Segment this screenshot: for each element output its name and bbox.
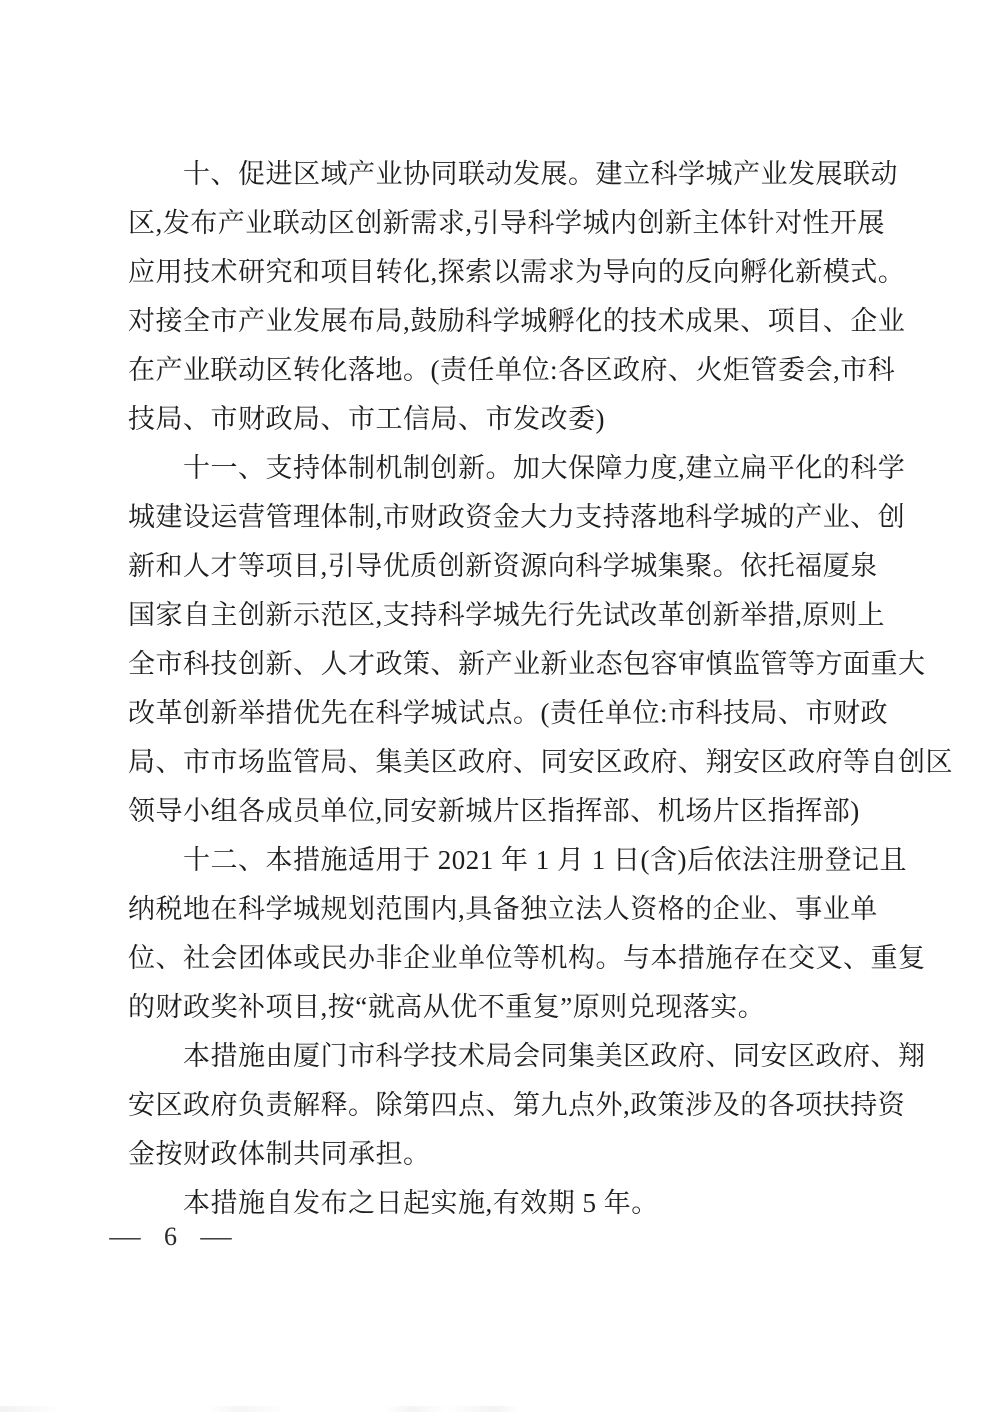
paragraph-item-10: 十、促进区域产业协同联动发展。建立科学城产业发展联动区,发布产业联动区创新需求,… [128, 150, 877, 444]
text-line: 改革创新举措优先在科学城试点。(责任单位:市科技局、市财政 [128, 689, 877, 738]
document-page: 十、促进区域产业协同联动发展。建立科学城产业发展联动区,发布产业联动区创新需求,… [0, 0, 999, 1412]
text-line: 本措施自发布之日起实施,有效期 5 年。 [128, 1179, 877, 1228]
text-line: 全市科技创新、人才政策、新产业新业态包容审慎监管等方面重大 [128, 640, 877, 689]
page-number: — 6 — [112, 1222, 229, 1252]
text-line: 国家自主创新示范区,支持科学城先行先试改革创新举措,原则上 [128, 591, 877, 640]
text-line: 局、市市场监管局、集美区政府、同安区政府、翔安区政府等自创区 [128, 738, 877, 787]
text-line: 十一、支持体制机制创新。加大保障力度,建立扁平化的科学 [128, 444, 877, 493]
text-line: 安区政府负责解释。除第四点、第九点外,政策涉及的各项扶持资 [128, 1081, 877, 1130]
paragraph-item-11: 十一、支持体制机制创新。加大保障力度,建立扁平化的科学城建设运营管理体制,市财政… [128, 444, 877, 836]
text-line: 十二、本措施适用于 2021 年 1 月 1 日(含)后依法注册登记且 [128, 836, 877, 885]
paragraph-interpretation: 本措施由厦门市科学技术局会同集美区政府、同安区政府、翔安区政府负责解释。除第四点… [128, 1032, 877, 1179]
page-number-value: 6 [164, 1222, 177, 1252]
text-line: 新和人才等项目,引导优质创新资源向科学城集聚。依托福厦泉 [128, 542, 877, 591]
text-line: 十、促进区域产业协同联动发展。建立科学城产业发展联动 [128, 150, 877, 199]
document-body: 十、促进区域产业协同联动发展。建立科学城产业发展联动区,发布产业联动区创新需求,… [128, 150, 877, 1228]
text-line: 城建设运营管理体制,市财政资金大力支持落地科学城的产业、创 [128, 493, 877, 542]
text-line: 金按财政体制共同承担。 [128, 1130, 877, 1179]
text-line: 区,发布产业联动区创新需求,引导科学城内创新主体针对性开展 [128, 199, 877, 248]
text-line: 应用技术研究和项目转化,探索以需求为导向的反向孵化新模式。 [128, 248, 877, 297]
text-line: 领导小组各成员单位,同安新城片区指挥部、机场片区指挥部) [128, 787, 877, 836]
text-line: 技局、市财政局、市工信局、市发改委) [128, 395, 877, 444]
text-line: 位、社会团体或民办非企业单位等机构。与本措施存在交叉、重复 [128, 934, 877, 983]
text-line: 在产业联动区转化落地。(责任单位:各区政府、火炬管委会,市科 [128, 346, 877, 395]
paragraph-item-12: 十二、本措施适用于 2021 年 1 月 1 日(含)后依法注册登记且纳税地在科… [128, 836, 877, 1032]
text-line: 对接全市产业发展布局,鼓励科学城孵化的技术成果、项目、企业 [128, 297, 877, 346]
text-line: 本措施由厦门市科学技术局会同集美区政府、同安区政府、翔 [128, 1032, 877, 1081]
paragraph-validity: 本措施自发布之日起实施,有效期 5 年。 [128, 1179, 877, 1228]
text-line: 纳税地在科学城规划范围内,具备独立法人资格的企业、事业单 [128, 885, 877, 934]
text-line: 的财政奖补项目,按“就高从优不重复”原则兑现落实。 [128, 983, 877, 1032]
scan-artifact [0, 1406, 520, 1412]
page-number-dash-right: — [200, 1222, 231, 1252]
page-number-dash-left: — [109, 1222, 140, 1252]
